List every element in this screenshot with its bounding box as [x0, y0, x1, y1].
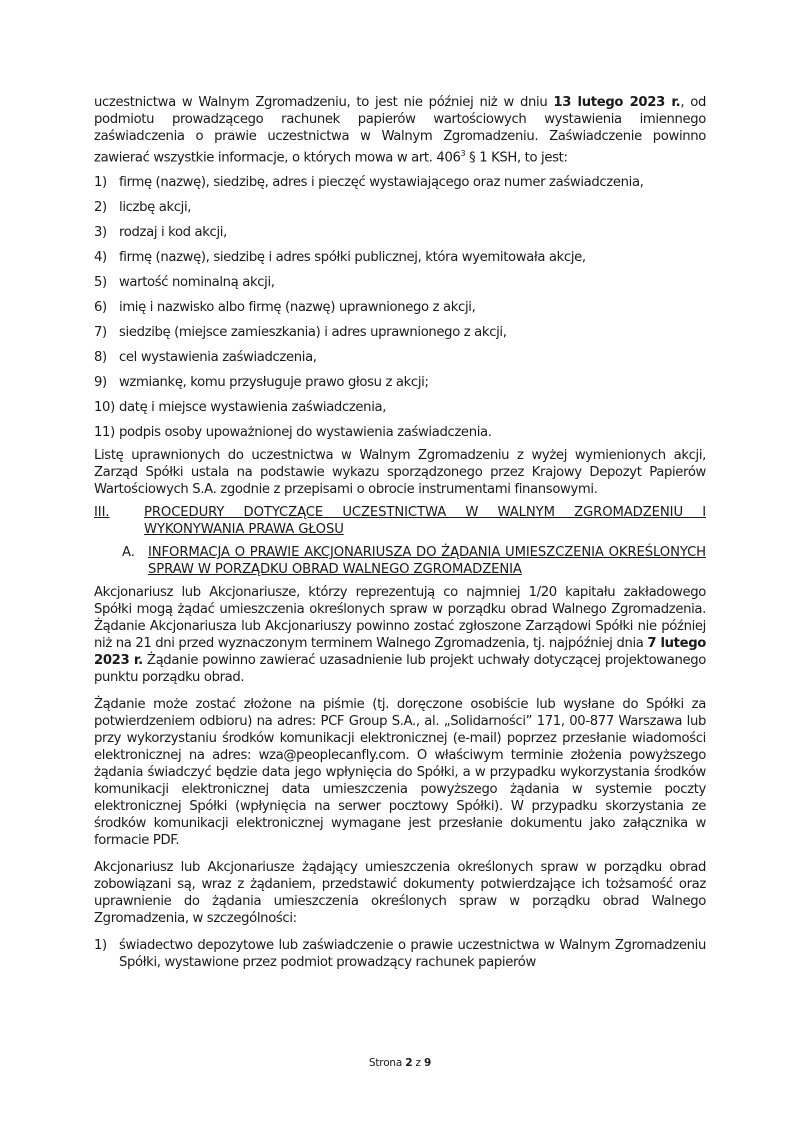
intro-text: uczestnictwa w Walnym Zgromadzeniu, to j…: [94, 95, 553, 110]
required-documents-list: 1)świadectwo depozytowe lub zaświadczeni…: [94, 937, 706, 971]
list-item: 1)świadectwo depozytowe lub zaświadczeni…: [94, 937, 706, 971]
list-item-number: 1): [94, 174, 119, 191]
section-number: III.: [94, 504, 144, 538]
total-pages: 9: [424, 1057, 431, 1069]
subsection-title: INFORMACJA O PRAWIE AKCJONARIUSZA DO ŻĄD…: [148, 544, 706, 578]
subsection-heading: A. INFORMACJA O PRAWIE AKCJONARIUSZA DO …: [94, 544, 706, 578]
list-item: 9)wzmiankę, komu przysługuje prawo głosu…: [94, 374, 706, 391]
list-item-number: 11): [94, 424, 119, 441]
list-item: 4)firmę (nazwę), siedzibę i adres spółki…: [94, 249, 706, 266]
list-item: 6)imię i nazwisko albo firmę (nazwę) upr…: [94, 299, 706, 316]
section-heading: III. PROCEDURY DOTYCZĄCE UCZESTNICTWA W …: [94, 504, 706, 538]
list-item-text: rodzaj i kod akcji,: [119, 224, 706, 241]
list-item-number: 1): [94, 937, 119, 971]
intro-paragraph: uczestnictwa w Walnym Zgromadzeniu, to j…: [94, 94, 706, 166]
list-item-number: 10): [94, 399, 119, 416]
list-item: 10)datę i miejsce wystawienia zaświadcze…: [94, 399, 706, 416]
list-item-text: siedzibę (miejsce zamieszkania) i adres …: [119, 324, 706, 341]
record-date: 13 lutego 2023 r.: [553, 95, 680, 110]
list-item-number: 4): [94, 249, 119, 266]
page-label: Strona: [369, 1057, 402, 1069]
list-item-number: 8): [94, 349, 119, 366]
list-item-text: liczbę akcji,: [119, 199, 706, 216]
current-page: 2: [405, 1057, 412, 1069]
page-of: z: [416, 1057, 421, 1069]
list-item-number: 2): [94, 199, 119, 216]
list-item-text: firmę (nazwę), siedzibę, adres i pieczęć…: [119, 174, 706, 191]
document-page: uczestnictwa w Walnym Zgromadzeniu, to j…: [94, 94, 706, 971]
request-text: Akcjonariusz lub Akcjonariusze, którzy r…: [94, 585, 706, 651]
list-item-number: 7): [94, 324, 119, 341]
list-item-text: świadectwo depozytowe lub zaświadczenie …: [119, 937, 706, 971]
request-text-cont: Żądanie powinno zawierać uzasadnienie lu…: [94, 653, 706, 685]
list-item-number: 6): [94, 299, 119, 316]
list-item-text: cel wystawienia zaświadczenia,: [119, 349, 706, 366]
list-item-text: podpis osoby upoważnionej do wystawienia…: [119, 424, 706, 441]
request-paragraph: Akcjonariusz lub Akcjonariusze, którzy r…: [94, 584, 706, 686]
page-footer: Strona 2 z 9: [0, 1057, 800, 1069]
list-item-text: wartość nominalną akcji,: [119, 274, 706, 291]
shareholder-list-paragraph: Listę uprawnionych do uczestnictwa w Wal…: [94, 447, 706, 498]
list-item-text: wzmiankę, komu przysługuje prawo głosu z…: [119, 374, 706, 391]
documents-paragraph: Akcjonariusz lub Akcjonariusze żądający …: [94, 859, 706, 927]
list-item: 7)siedzibę (miejsce zamieszkania) i adre…: [94, 324, 706, 341]
list-item-text: firmę (nazwę), siedzibę i adres spółki p…: [119, 249, 706, 266]
section-title: PROCEDURY DOTYCZĄCE UCZESTNICTWA W WALNY…: [144, 504, 706, 538]
list-item: 8)cel wystawienia zaświadczenia,: [94, 349, 706, 366]
list-item: 11)podpis osoby upoważnionej do wystawie…: [94, 424, 706, 441]
subsection-letter: A.: [122, 544, 148, 578]
certificate-requirements-list: 1)firmę (nazwę), siedzibę, adres i piecz…: [94, 174, 706, 441]
intro-text-end: § 1 KSH, to jest:: [465, 150, 567, 165]
list-item: 5)wartość nominalną akcji,: [94, 274, 706, 291]
list-item-text: datę i miejsce wystawienia zaświadczenia…: [119, 399, 706, 416]
list-item: 3)rodzaj i kod akcji,: [94, 224, 706, 241]
list-item: 1)firmę (nazwę), siedzibę, adres i piecz…: [94, 174, 706, 191]
list-item-number: 9): [94, 374, 119, 391]
list-item-text: imię i nazwisko albo firmę (nazwę) upraw…: [119, 299, 706, 316]
list-item-number: 3): [94, 224, 119, 241]
submission-paragraph: Żądanie może zostać złożone na piśmie (t…: [94, 696, 706, 849]
list-item-number: 5): [94, 274, 119, 291]
list-item: 2)liczbę akcji,: [94, 199, 706, 216]
